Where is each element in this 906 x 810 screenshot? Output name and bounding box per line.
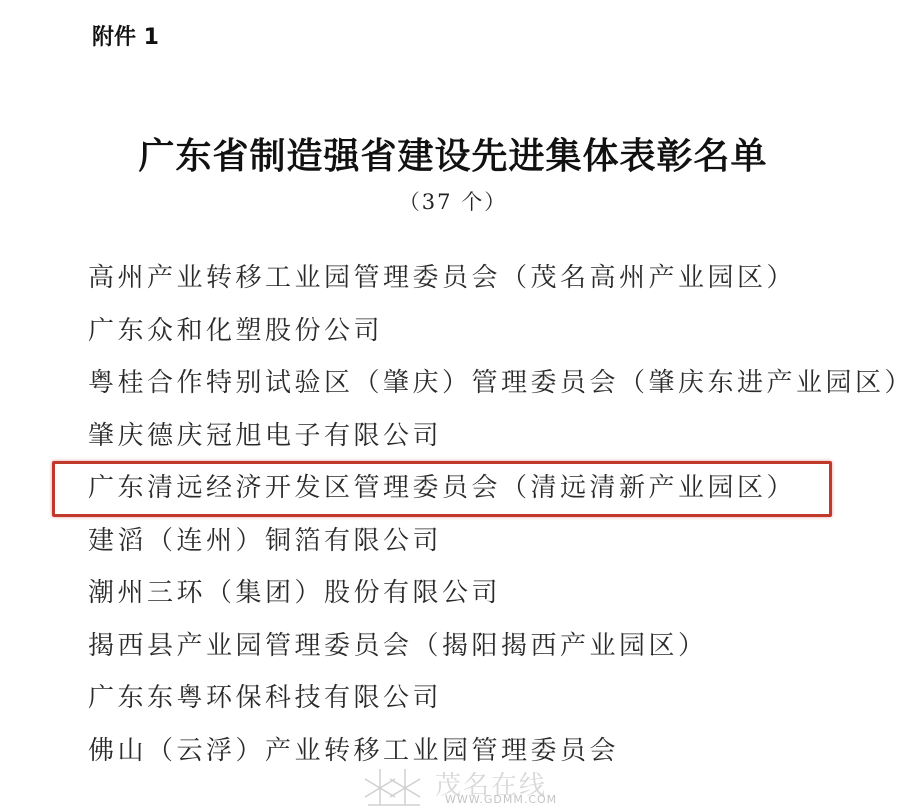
- document-title: 广东省制造强省建设先进集体表彰名单: [0, 128, 906, 179]
- attachment-label: 附件 1: [92, 20, 159, 51]
- list-item: 广东东粤环保科技有限公司: [88, 680, 906, 733]
- item-count: （37 个）: [0, 186, 906, 216]
- list-item: 建滔（连州）铜箔有限公司: [88, 523, 906, 576]
- watermark-url: WWW.GDMM.COM: [445, 793, 557, 806]
- list-item: 粤桂合作特别试验区（肇庆）管理委员会（肇庆东进产业园区）: [88, 365, 906, 418]
- watermark-logo-icon: [360, 767, 430, 809]
- list-item: 高州产业转移工业园管理委员会（茂名高州产业园区）: [88, 260, 906, 313]
- list-item: 潮州三环（集团）股份有限公司: [88, 575, 906, 628]
- list-item: 揭西县产业园管理委员会（揭阳揭西产业园区）: [88, 628, 906, 681]
- list-item: 广东众和化塑股份公司: [88, 313, 906, 366]
- highlight-box: [52, 461, 832, 517]
- watermark: 茂名在线 WWW.GDMM.COM: [360, 765, 560, 810]
- honoree-list: 高州产业转移工业园管理委员会（茂名高州产业园区） 广东众和化塑股份公司 粤桂合作…: [88, 260, 906, 785]
